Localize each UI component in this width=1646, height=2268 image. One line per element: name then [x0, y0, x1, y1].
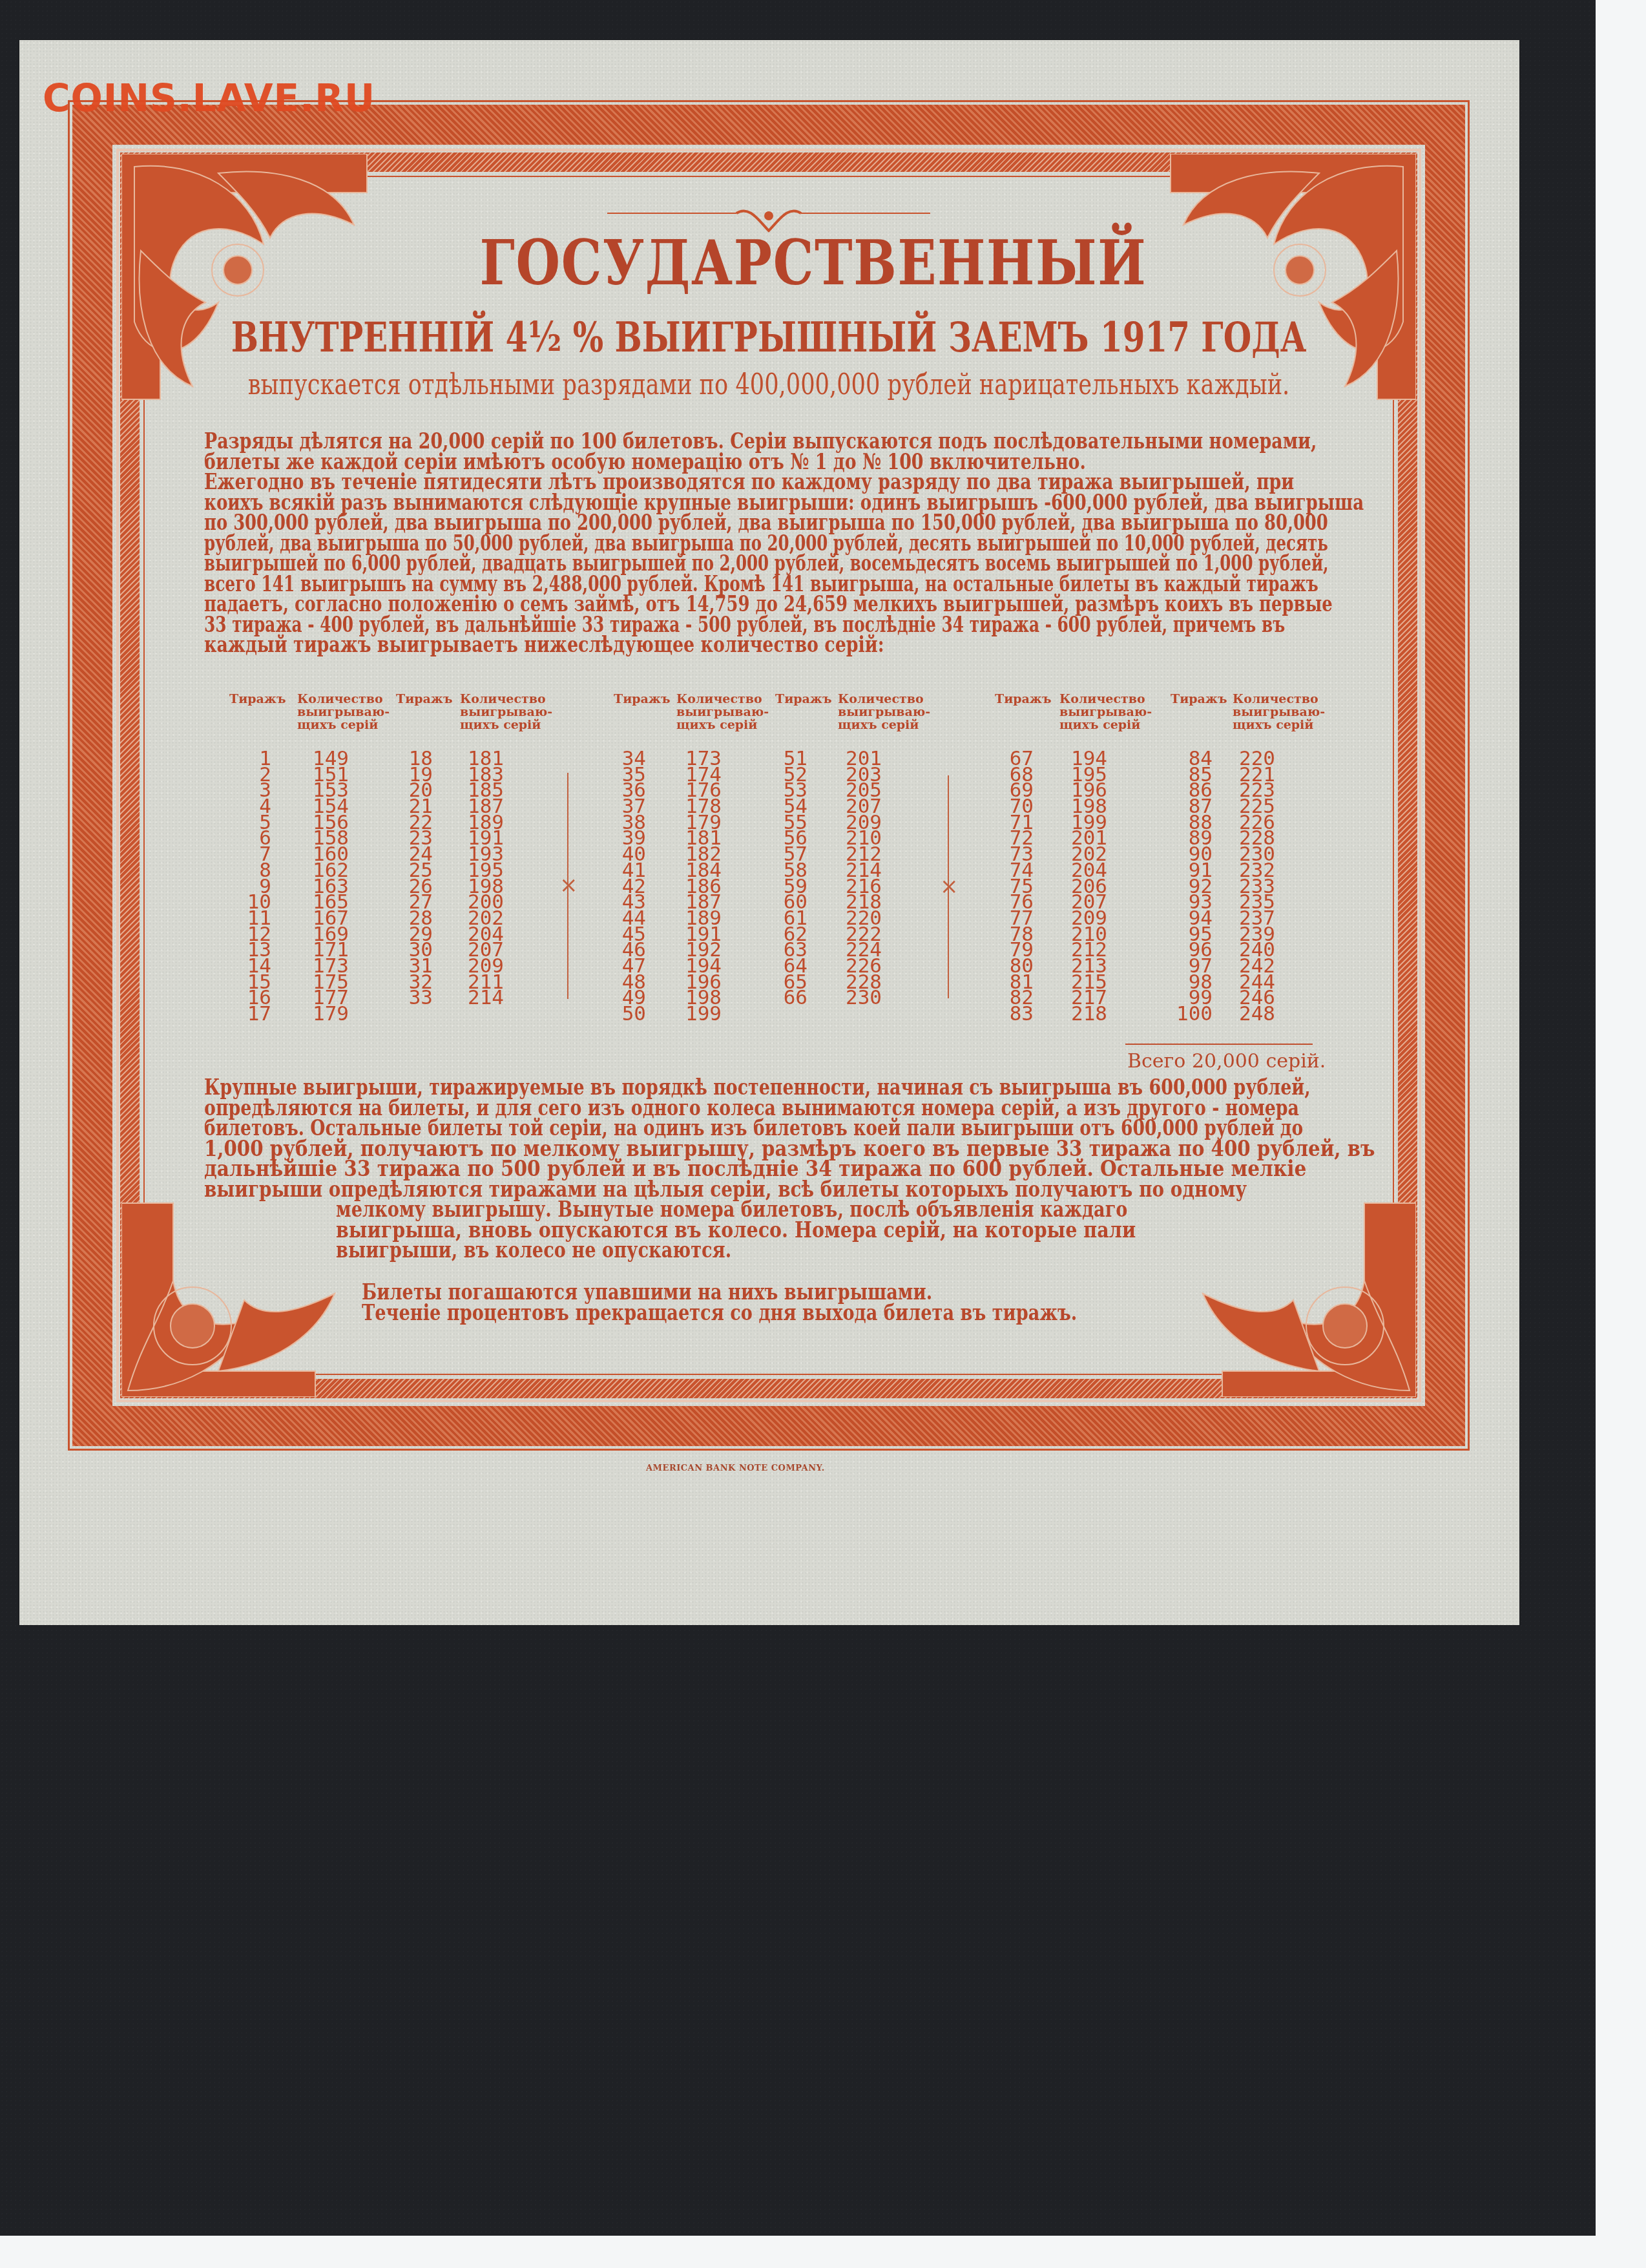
header-line: выигрываю-	[838, 706, 930, 719]
header-line: Количество	[460, 693, 552, 706]
table-cell: 17	[245, 1006, 271, 1022]
header-line: щихъ серій	[460, 719, 552, 731]
table-header-count: Количество выигрываю- щихъ серій	[676, 693, 769, 731]
total-rule	[1125, 1044, 1313, 1045]
document-title: ГОСУДАРСТВЕННЫЙ	[138, 226, 1488, 299]
table-cell: 214	[464, 990, 504, 1006]
closing-lines: Билеты погашаются упавшими на нихъ выигр…	[362, 1283, 1266, 1323]
draw-column: 84858687888990919293949596979899100	[1172, 751, 1213, 1022]
site-watermark: COINS.LAVE.RU	[43, 76, 375, 120]
header-line: щихъ серій	[1233, 719, 1325, 731]
count-column: 1811831851871891911931951982002022042072…	[464, 751, 504, 1006]
table-header-count: Количество выигрываю- щихъ серій	[838, 693, 930, 731]
header-line: щихъ серій	[838, 719, 930, 731]
header-line: Количество	[297, 693, 390, 706]
table-cell: 100	[1172, 1006, 1213, 1022]
header-line: Количество	[1059, 693, 1152, 706]
table-header-count: Количество выигрываю- щихъ серій	[1059, 693, 1152, 731]
table-cell: 50	[617, 1006, 646, 1022]
table-header-count: Количество выигрываю- щихъ серій	[1233, 693, 1325, 731]
text-line: выигрыши, въ колесо не опускаются.	[336, 1241, 1049, 1261]
count-column: 1941951961981992012022042062072092102122…	[1067, 751, 1107, 1022]
draw-column: 6768697071727374757677787980818283	[1005, 751, 1034, 1022]
count-column: 1491511531541561581601621631651671691711…	[309, 751, 349, 1022]
table-header-draw: Тиражъ	[1171, 693, 1227, 706]
table-header-draw: Тиражъ	[229, 693, 286, 706]
draw-column: 18192021222324252627282930313233	[404, 751, 433, 1006]
header-line: выигрываю-	[1233, 706, 1325, 719]
draw-column: 3435363738394041424344454647484950	[617, 751, 646, 1022]
series-total: Всего 20,000 серій.	[1127, 1050, 1326, 1073]
printer-imprint: AMERICAN BANK NOTE COMPANY.	[646, 1464, 825, 1473]
table-header-draw: Тиражъ	[396, 693, 453, 706]
header-line: выигрываю-	[676, 706, 769, 719]
draw-column: 51525354555657585960616263646566	[778, 751, 807, 1006]
count-column: 1731741761781791811821841861871891911921…	[682, 751, 722, 1022]
divider-ornament-icon: ⨯	[559, 872, 578, 898]
header-line: щихъ серій	[297, 719, 390, 731]
table-cell: 83	[1005, 1006, 1034, 1022]
intro-paragraph: Разряды дѣлятся на 20,000 серій по 100 б…	[204, 432, 1399, 656]
table-cell: 248	[1235, 1006, 1275, 1022]
header-line: Количество	[1233, 693, 1325, 706]
table-header-count: Количество выигрываю- щихъ серій	[297, 693, 390, 731]
loan-title: ВНУТРЕННІЙ 4½ % ВЫИГРЫШНЫЙ ЗАЕМЪ 1917 ГО…	[169, 313, 1368, 362]
divider-ornament-icon: ⨯	[940, 874, 959, 899]
header-line: Количество	[838, 693, 930, 706]
count-column: 2202212232252262282302322332352372392402…	[1235, 751, 1275, 1022]
table-cell: 199	[682, 1006, 722, 1022]
header-line: щихъ серій	[1059, 719, 1152, 731]
table-cell: 179	[309, 1006, 349, 1022]
table-header-draw: Тиражъ	[995, 693, 1052, 706]
rules-paragraph-narrow: мелкому выигрышу. Вынутые номера билетов…	[336, 1200, 1227, 1261]
table-cell: 33	[404, 990, 433, 1006]
header-line: Количество	[676, 693, 769, 706]
header-line: щихъ серій	[676, 719, 769, 731]
table-cell: 66	[778, 990, 807, 1006]
header-line: выигрываю-	[1059, 706, 1152, 719]
text-line: каждый тиражъ выигрываетъ нижеслѣдующее …	[204, 635, 1149, 656]
count-column: 2012032052072092102122142162182202222242…	[842, 751, 882, 1006]
header-line: выигрываю-	[297, 706, 390, 719]
draw-column: 1234567891011121314151617	[245, 751, 271, 1022]
rules-paragraph: Крупные выигрыши, тиражируемые въ порядк…	[204, 1078, 1399, 1200]
table-cell: 218	[1067, 1006, 1107, 1022]
table-header-draw: Тиражъ	[614, 693, 671, 706]
table-header-count: Количество выигрываю- щихъ серій	[460, 693, 552, 731]
header-line: выигрываю-	[460, 706, 552, 719]
table-cell: 230	[842, 990, 882, 1006]
issue-description: выпускается отдѣльными разрядами по 400,…	[154, 368, 1384, 401]
table-header-draw: Тиражъ	[775, 693, 832, 706]
text-line: Теченіе процентовъ прекращается со дня в…	[362, 1303, 1085, 1324]
